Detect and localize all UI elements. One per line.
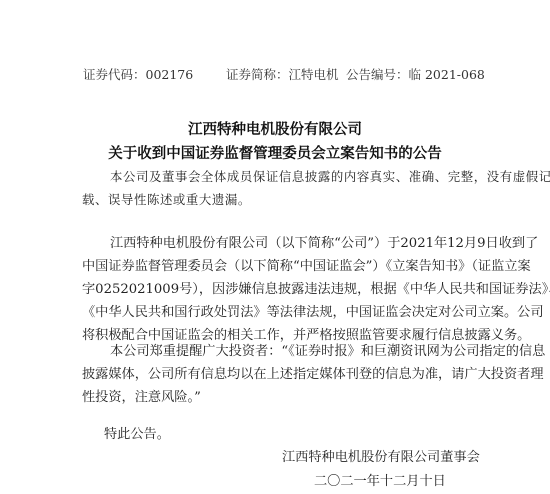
security-code: 证券代码：002176: [83, 65, 193, 83]
paragraph-line: 本公司郑重提醒广大投资者：“《证券时报》和巨潮资讯网为公司指定的信息: [82, 340, 472, 363]
reminder-paragraph: 本公司郑重提醒广大投资者：“《证券时报》和巨潮资讯网为公司指定的信息 披露媒体，…: [82, 340, 472, 409]
document-header: 证券代码：002176 证券简称：江特电机 公告编号：临 2021-068: [83, 65, 473, 83]
paragraph-line: 本公司及董事会全体成员保证信息披露的内容真实、准确、完整，没有虚假记: [82, 165, 472, 188]
declaration-paragraph: 本公司及董事会全体成员保证信息披露的内容真实、准确、完整，没有虚假记 载、误导性…: [82, 165, 472, 211]
signature-date: 二〇二一年十二月十日: [314, 470, 446, 489]
announcement-title: 关于收到中国证券监督管理委员会立案告知书的公告: [0, 142, 550, 163]
paragraph-line: 江西特种电机股份有限公司（以下简称“公司”）于2021年12月9日收到了: [82, 232, 472, 255]
announcement-number: 公告编号：临 2021-068: [346, 65, 485, 83]
paragraph-line: 《中华人民共和国行政处罚法》等法律法规，中国证监会决定对公司立案。公司: [82, 301, 472, 324]
signature-organization: 江西特种电机股份有限公司董事会: [282, 446, 480, 465]
main-paragraph: 江西特种电机股份有限公司（以下简称“公司”）于2021年12月9日收到了 中国证…: [82, 232, 472, 347]
paragraph-line: 披露媒体，公司所有信息均以在上述指定媒体刊登的信息为准，请广大投资者理: [82, 363, 472, 386]
security-abbreviation: 证券简称：江特电机: [226, 65, 339, 83]
paragraph-line: 性投资，注意风险。”: [82, 386, 472, 409]
closing-statement: 特此公告。: [104, 423, 170, 442]
company-title: 江西特种电机股份有限公司: [0, 118, 550, 139]
paragraph-line: 载、误导性陈述或重大遗漏。: [82, 188, 472, 211]
paragraph-line: 中国证券监督管理委员会（以下简称“中国证监会”）《立案告知书》（证监立案: [82, 255, 472, 278]
paragraph-line: 字0252021009号），因涉嫌信息披露违法违规，根据《中华人民共和国证券法》…: [82, 278, 472, 301]
